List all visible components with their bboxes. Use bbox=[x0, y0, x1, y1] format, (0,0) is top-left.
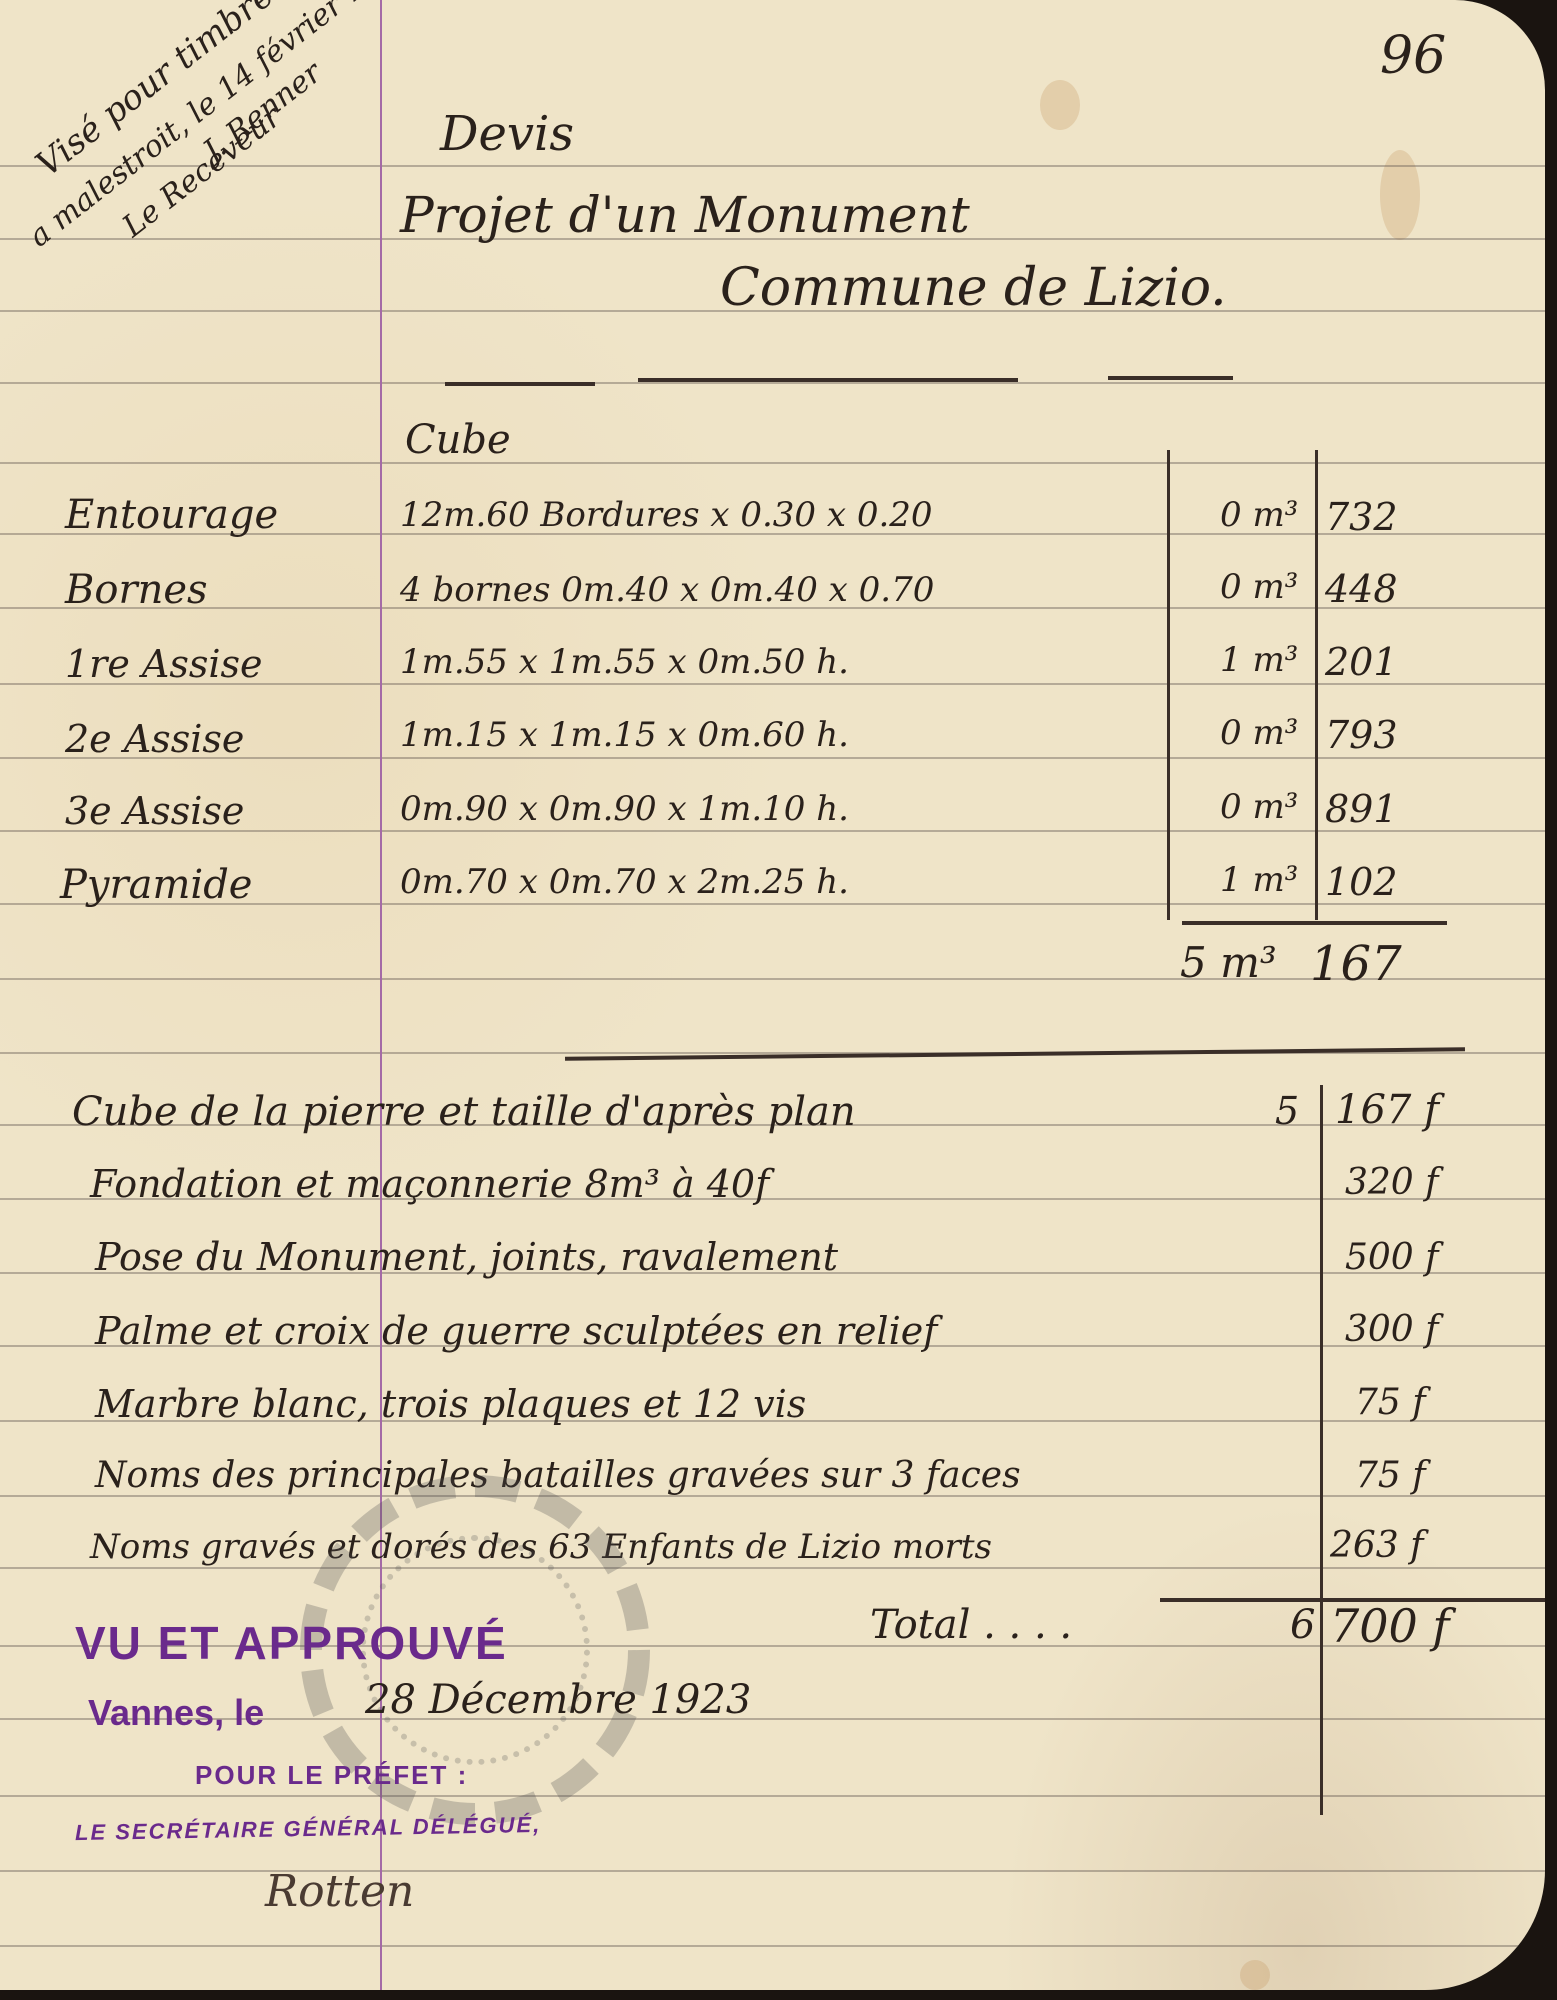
cube-row-volume-int: 1 m³ bbox=[1220, 863, 1298, 897]
cost-row-amount: 75 f bbox=[1355, 1385, 1426, 1421]
ruled-line bbox=[0, 1870, 1545, 1872]
cube-row-volume-dec: 201 bbox=[1325, 643, 1398, 681]
cost-row-description: Cube de la pierre et taille d'après plan bbox=[72, 1092, 856, 1132]
cost-row-description: Fondation et maçonnerie 8m³ à 40f bbox=[90, 1165, 769, 1203]
cube-row-dimensions: 1m.55 x 1m.55 x 0m.50 h. bbox=[400, 645, 849, 679]
cube-heading: Cube bbox=[405, 420, 511, 460]
cost-row-description: Marbre blanc, trois plaques et 12 vis bbox=[95, 1385, 806, 1423]
header-underline bbox=[445, 382, 595, 386]
cube-row-dimensions: 0m.70 x 0m.70 x 2m.25 h. bbox=[400, 865, 849, 899]
cube-row-dimensions: 0m.90 x 0m.90 x 1m.10 h. bbox=[400, 792, 849, 826]
cube-table-left-border bbox=[1167, 450, 1170, 920]
cube-row-volume-dec: 448 bbox=[1325, 570, 1398, 608]
cube-row-volume-int: 0 m³ bbox=[1220, 790, 1298, 824]
diagonal-annotation: Visé pour timbre gratis a malestroit, le… bbox=[20, 0, 470, 338]
cube-row-label: 1re Assise bbox=[65, 645, 263, 683]
cube-total-dec: 167 bbox=[1310, 940, 1402, 988]
stain bbox=[1040, 80, 1080, 130]
approval-stamp-prefect: POUR LE PRÉFET : bbox=[195, 1762, 468, 1788]
document-page: 96 Visé pour timbre gratis a malestroit,… bbox=[0, 0, 1545, 1990]
cube-total-rule bbox=[1182, 921, 1447, 925]
cube-row-dimensions: 1m.15 x 1m.15 x 0m.60 h. bbox=[400, 718, 849, 752]
cost-row-amount: 167 f bbox=[1335, 1090, 1439, 1130]
cost-row-amount: 300 f bbox=[1345, 1312, 1438, 1348]
total-amount: 700 f bbox=[1330, 1603, 1449, 1649]
cube-row-volume-dec: 891 bbox=[1325, 790, 1398, 828]
cube-row-label: 2e Assise bbox=[65, 720, 244, 758]
cost-row-description: Noms des principales batailles gravées s… bbox=[95, 1458, 1021, 1494]
cost-row-description: Pose du Monument, joints, ravalement bbox=[95, 1238, 838, 1276]
cube-row-volume-int: 0 m³ bbox=[1220, 570, 1298, 604]
ruled-line bbox=[0, 382, 1545, 384]
cube-row-dimensions: 4 bornes 0m.40 x 0m.40 x 0.70 bbox=[400, 573, 934, 607]
cost-table-divider bbox=[1320, 1085, 1323, 1815]
header-underline bbox=[1108, 376, 1233, 380]
page-number: 96 bbox=[1380, 30, 1446, 82]
ruled-line bbox=[0, 1795, 1545, 1797]
cube-row-label: Pyramide bbox=[60, 865, 252, 905]
stain bbox=[1380, 150, 1420, 240]
cost-row-amount: 500 f bbox=[1345, 1240, 1438, 1276]
cube-row-volume-dec: 102 bbox=[1325, 863, 1398, 901]
approval-stamp-secretary: LE SECRÉTAIRE GÉNÉRAL DÉLÉGUÉ, bbox=[75, 1814, 542, 1844]
project-title: Projet d'un Monument bbox=[400, 190, 970, 240]
document-title: Devis bbox=[440, 110, 574, 158]
cube-table-divider bbox=[1315, 450, 1318, 920]
ruled-line bbox=[0, 1945, 1545, 1947]
cost-row-amount: 263 f bbox=[1330, 1528, 1423, 1564]
cube-row-volume-int: 0 m³ bbox=[1220, 716, 1298, 750]
cube-row-label: 3e Assise bbox=[65, 792, 244, 830]
approval-stamp-heading: VU ET APPROUVÉ bbox=[75, 1620, 508, 1666]
cube-row-label: Bornes bbox=[65, 570, 208, 610]
cube-total-int: 5 m³ bbox=[1180, 942, 1277, 984]
ruled-line bbox=[0, 1567, 1545, 1569]
cube-row-volume-dec: 732 bbox=[1325, 498, 1398, 536]
cost-row-amount: 320 f bbox=[1345, 1165, 1438, 1201]
header-underline bbox=[638, 378, 1018, 382]
approval-stamp-place: Vannes, le bbox=[88, 1695, 264, 1731]
section-separator bbox=[565, 1047, 1465, 1060]
commune-title: Commune de Lizio. bbox=[720, 262, 1227, 314]
cube-row-volume-int: 0 m³ bbox=[1220, 498, 1298, 532]
approval-signature: Rotten bbox=[265, 1870, 414, 1914]
cost-row-description: Palme et croix de guerre sculptées en re… bbox=[95, 1312, 937, 1350]
cost-row-amount-int: 5 bbox=[1275, 1092, 1299, 1130]
stain bbox=[1240, 1960, 1270, 1990]
cost-row-amount: 75 f bbox=[1355, 1458, 1426, 1494]
cube-row-dimensions: 12m.60 Bordures x 0.30 x 0.20 bbox=[400, 498, 933, 532]
total-amount-int: 6 bbox=[1290, 1605, 1315, 1645]
cube-row-volume-int: 1 m³ bbox=[1220, 643, 1298, 677]
ruled-line bbox=[0, 462, 1545, 464]
approval-date: 28 Décembre 1923 bbox=[365, 1680, 751, 1720]
cube-row-volume-dec: 793 bbox=[1325, 716, 1398, 754]
total-label: Total . . . . bbox=[870, 1605, 1072, 1645]
cube-row-label: Entourage bbox=[65, 495, 278, 535]
